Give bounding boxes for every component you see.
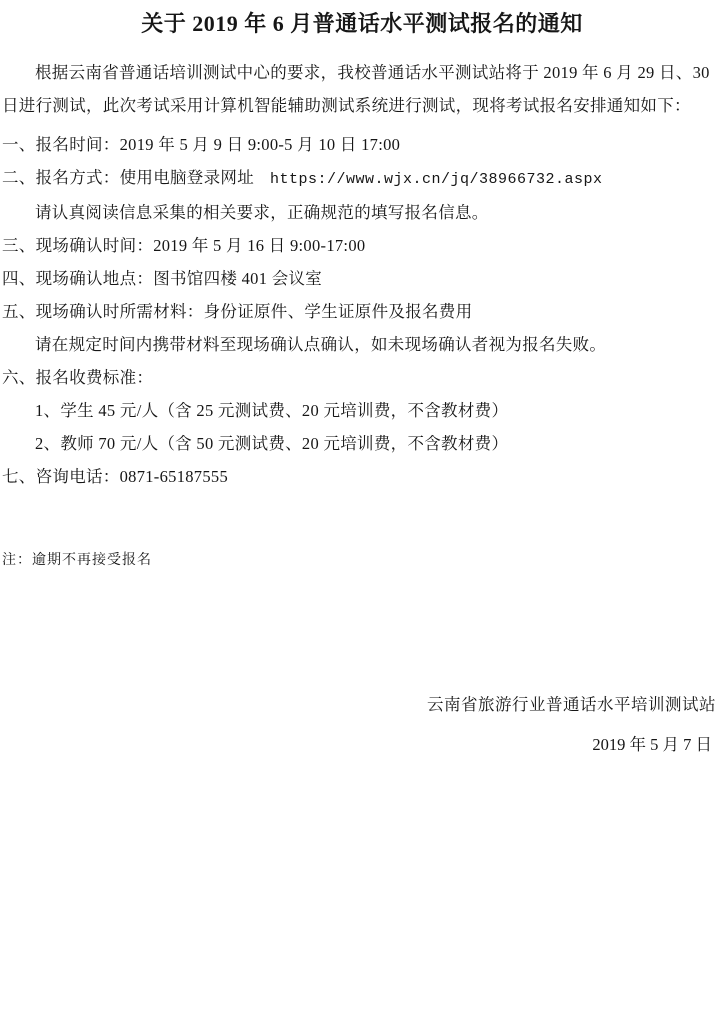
fee-teacher: 2、教师 70 元/人（含 50 元测试费、20 元培训费，不含教材费） <box>2 427 722 460</box>
item-onsite-confirmation-place: 四、现场确认地点：图书馆四楼 401 会议室 <box>2 262 722 295</box>
intro-paragraph: 根据云南省普通话培训测试中心的要求，我校普通话水平测试站将于 2019 年 6 … <box>2 56 722 122</box>
item-inquiry-phone: 七、咨询电话：0871-65187555 <box>2 460 722 493</box>
signature-block: 云南省旅游行业普通话水平培训测试站 2019 年 5 月 7 日 <box>2 685 722 765</box>
item-required-materials: 五、现场确认时所需材料：身份证原件、学生证原件及报名费用 <box>2 295 722 328</box>
confirmation-instruction: 请在规定时间内携带材料至现场确认点确认，如未现场确认者视为报名失败。 <box>2 328 722 361</box>
item-onsite-confirmation-time: 三、现场确认时间：2019 年 5 月 16 日 9:00-17:00 <box>2 229 722 262</box>
item-fee-standard: 六、报名收费标准： <box>2 361 722 394</box>
item-registration-time: 一、报名时间：2019 年 5 月 9 日 9:00-5 月 10 日 17:0… <box>2 128 722 161</box>
registration-url: https://www.wjx.cn/jq/38966732.aspx <box>270 171 603 188</box>
intro-line-2: 日进行测试，此次考试采用计算机智能辅助测试系统进行测试，现将考试报名安排通知如下… <box>2 89 722 122</box>
registration-method-label: 二、报名方式：使用电脑登录网址 <box>2 168 254 187</box>
intro-line-1: 根据云南省普通话培训测试中心的要求，我校普通话水平测试站将于 2019 年 6 … <box>2 56 722 89</box>
issuer-name: 云南省旅游行业普通话水平培训测试站 <box>2 685 722 725</box>
registration-instruction: 请认真阅读信息采集的相关要求，正确规范的填写报名信息。 <box>2 196 722 229</box>
issue-date: 2019 年 5 月 7 日 <box>2 725 722 765</box>
notice-items: 一、报名时间：2019 年 5 月 9 日 9:00-5 月 10 日 17:0… <box>2 128 722 493</box>
document-page: 关于 2019 年 6 月普通话水平测试报名的通知 根据云南省普通话培训测试中心… <box>0 0 724 1024</box>
document-title: 关于 2019 年 6 月普通话水平测试报名的通知 <box>2 8 722 40</box>
item-registration-method: 二、报名方式：使用电脑登录网址https://www.wjx.cn/jq/389… <box>2 161 722 196</box>
footnote: 注：逾期不再接受报名 <box>2 552 722 570</box>
fee-student: 1、学生 45 元/人（含 25 元测试费、20 元培训费，不含教材费） <box>2 394 722 427</box>
